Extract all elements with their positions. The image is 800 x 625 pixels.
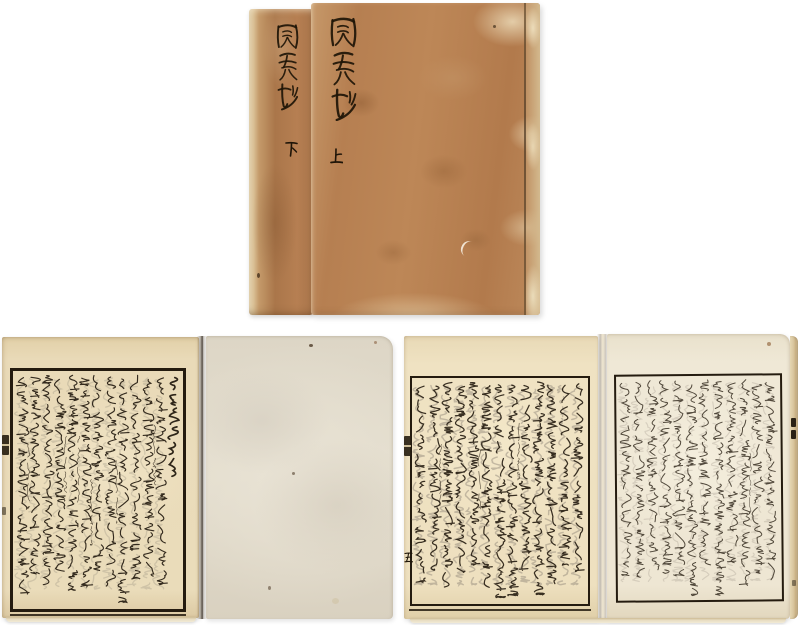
text-column (442, 380, 454, 602)
cover-worn-edge (526, 3, 540, 315)
text-column (764, 377, 778, 597)
lower-volume-title-calligraphy: 闕疑抄 (275, 23, 301, 111)
fold-edge-mark (2, 507, 6, 515)
text-column (80, 373, 92, 607)
lower-volume-mark: 下 (285, 141, 298, 159)
photo-canvas: 闕疑抄 下 闕疑抄 上 (0, 0, 800, 625)
text-column (494, 380, 506, 602)
scratch-mark (458, 239, 478, 260)
text-column (520, 380, 532, 602)
text-column (712, 378, 726, 598)
text-column (67, 373, 79, 607)
fore-edge-label-mark: 闕疑 (791, 430, 796, 439)
text-column (468, 380, 480, 602)
text-column (699, 378, 713, 598)
fore-edge-mark (792, 580, 796, 586)
fore-edge-label-mark (791, 418, 796, 427)
page-number-mark: 五 (404, 552, 413, 563)
text-column (685, 378, 699, 598)
left-open-spread: 闕疑抄巻第一 闕疑 (2, 336, 393, 622)
ink-speck (257, 273, 260, 278)
fore-edge-leaf-stack: 闕疑 (790, 336, 798, 619)
text-column (29, 373, 41, 607)
text-column (725, 378, 739, 598)
upper-volume-cover: 闕疑抄 上 (311, 3, 540, 315)
ink-speck (493, 25, 496, 28)
text-column (415, 380, 427, 602)
book-cover-set: 闕疑抄 下 闕疑抄 上 (249, 3, 540, 318)
text-column (546, 380, 558, 602)
left-spread-text-page: 闕疑抄巻第一 闕疑 (2, 337, 199, 618)
fold-edge-label: 闕疑 (2, 435, 9, 455)
upper-volume-title-calligraphy: 闕疑抄 (328, 17, 360, 121)
text-columns (619, 377, 779, 598)
ink-speck (268, 586, 271, 590)
text-column (533, 380, 545, 602)
text-column (646, 378, 660, 598)
text-column (455, 380, 467, 602)
text-column (54, 373, 66, 607)
text-column (559, 380, 571, 602)
text-column (738, 378, 752, 598)
text-column (659, 378, 673, 598)
stacked-leaf-edges (6, 617, 196, 622)
text-column (143, 373, 155, 607)
text-column (17, 373, 29, 607)
text-column (751, 377, 765, 597)
right-spread-left-page: 闕疑 五 (404, 336, 598, 619)
fore-edge-label-text: 闕疑 (791, 430, 800, 448)
text-column (42, 373, 54, 607)
ink-speck (292, 472, 295, 475)
text-column (429, 380, 441, 602)
stain-speck (374, 341, 377, 344)
left-spread-blank-page (206, 336, 393, 619)
right-spread-left-frame (410, 376, 590, 606)
text-column (105, 373, 117, 607)
text-column (92, 373, 104, 607)
fold-edge-label: 闕疑 (404, 436, 411, 456)
heading-column (168, 373, 180, 607)
text-column (117, 373, 129, 607)
text-column (572, 380, 584, 602)
text-column (481, 380, 493, 602)
right-spread-right-frame (614, 373, 784, 602)
left-spread-text-frame: 闕疑抄巻第一 (10, 368, 186, 612)
stacked-leaf-edges (410, 618, 786, 623)
right-spread-right-page (607, 334, 790, 619)
text-columns (415, 380, 585, 602)
text-column (507, 380, 519, 602)
upper-volume-mark: 上 (330, 147, 343, 165)
lower-volume-cover: 闕疑抄 下 (249, 9, 313, 315)
text-column (633, 378, 647, 598)
right-open-spread: 闕疑 五 闕疑 (404, 334, 798, 623)
text-columns (16, 373, 180, 607)
stain-speck (767, 342, 771, 346)
text-column (672, 378, 686, 598)
paper-blemish (332, 598, 339, 604)
text-column (130, 373, 142, 607)
text-column (619, 379, 633, 599)
ink-speck (309, 344, 313, 347)
text-column (155, 373, 167, 607)
